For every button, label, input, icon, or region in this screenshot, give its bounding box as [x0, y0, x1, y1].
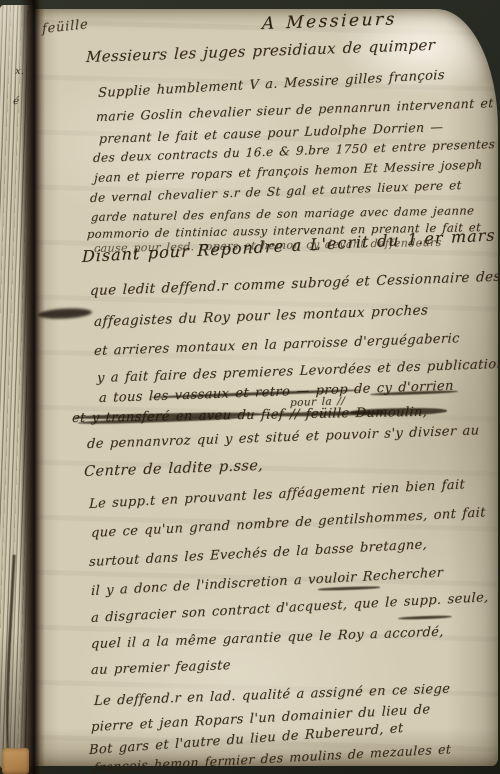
manuscript-photo: feüilleA MessieursMessieurs les juges pr… — [0, 0, 500, 774]
ink-strikethrough — [150, 389, 362, 399]
corner-stain-patch — [2, 748, 29, 774]
ink-strikethrough — [398, 615, 452, 620]
ink-blot — [38, 307, 92, 320]
ink-strikethrough — [350, 407, 447, 416]
ink-marks-layer — [0, 0, 500, 774]
ink-strikethrough — [318, 586, 380, 591]
ink-strikethrough — [370, 390, 458, 396]
